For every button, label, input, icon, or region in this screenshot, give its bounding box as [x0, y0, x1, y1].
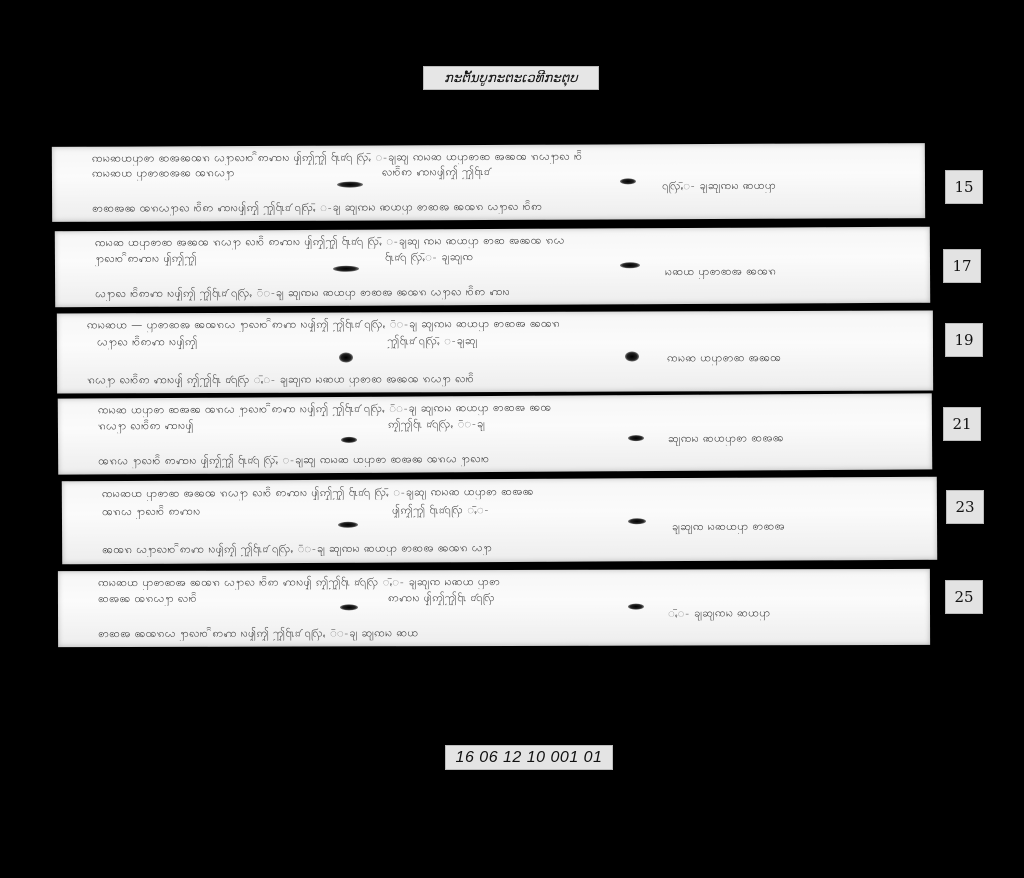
- page-number-label: 17: [943, 249, 981, 283]
- string-hole-icon: [628, 518, 646, 524]
- string-hole-icon: [628, 435, 644, 441]
- leaf-text-line: ꩴꩵꩶ ꩷꩸꩹ꩺ ꩻꩼꩽ: [392, 502, 622, 517]
- string-hole-icon: [628, 604, 644, 610]
- leaf-text-line: ꩪꩫꩬ ꩭꩮꩯꩰ ꩱꩲꩳ ꩴꩵꩶ ꩷꩸꩹ ꩺꩻꩼ ꩽꩾꩿ ꩡꩢꩣ ꩤꩥꩦ ꩧꩨꩩ…: [98, 449, 908, 468]
- leaf-text-line: ꩡꩢꩣ ꩤꩥꩦꩧ ꩨꩩꩪ ꩫꩬꩭ ꩮꩯꩰ ꩱꩲꩳ ꩴꩵꩶ ꩷꩸꩹ ꩺꩻꩼ ꩽꩾꩿ…: [95, 232, 906, 250]
- leaf-text-line: ꩡꩢꩣꩤ ꩥꩦꩧꩨꩩ ꩪꩫꩬꩭ: [92, 166, 322, 181]
- leaf-text-line: ꩬꩭꩮ ꩯꩰꩱꩲ ꩳꩴꩵ: [97, 335, 327, 350]
- string-hole-icon: [333, 266, 359, 272]
- leaf-text-line: ꩡꩢꩣ ꩤꩥꩦ ꩧꩨꩩ ꩪꩫꩬ ꩭꩮꩯ ꩰꩱꩲ ꩳꩴꩵ ꩶ꩷꩸ ꩹ꩺꩻ ꩼꩽꩾ …: [98, 398, 908, 417]
- leaf-text-line: ꩵꩶ꩷ ꩸꩹ꩺꩻ ꩼꩽꩾ: [388, 416, 618, 431]
- leaf-text-line: ꩫꩬꩭ ꩮꩯꩰꩱ ꩲꩳꩴ: [98, 418, 328, 433]
- page-number-label: 23: [946, 490, 984, 524]
- leaf-text-line: ꩡꩢꩣ ꩤꩥꩦꩧ ꩨꩩꩪ: [667, 351, 909, 366]
- leaf-text-line: ꩡꩢꩣꩤ ꩥꩦꩧ ꩨꩩꩪ ꩫꩬꩭ ꩮꩯꩰ ꩱꩲꩳ ꩴꩵꩶ ꩷꩸꩹ ꩺꩻꩼ ꩽꩾꩿ…: [102, 483, 913, 501]
- page-number-label: 15: [945, 170, 983, 204]
- string-hole-icon: [339, 352, 353, 362]
- page-number-label: 21: [943, 407, 981, 441]
- leaf-text-line: ꩷꩸꩹ ꩺꩻꩼꩽ ꩾꩿꩡ: [385, 249, 615, 264]
- leaf-text-line: ꩫꩬꩭ ꩮꩯꩰꩱ ꩲꩳꩴ ꩵꩶ꩷ ꩸꩹ꩺ ꩻꩼꩽ ꩾꩿꩡ ꩢꩣꩤ ꩥꩦꩧ ꩨꩩꩪ…: [87, 371, 909, 388]
- leaf-text-line: ꩦꩧꩨꩩ ꩪꩫꩬꩭꩮ ꩯꩰꩱ ꩲꩳꩴꩵ ꩶ꩷꩸ ꩹ꩺꩻꩼ ꩽꩾ ꩿꩡꩢ ꩣꩤꩥ …: [92, 198, 901, 216]
- string-hole-icon: [620, 178, 636, 184]
- string-hole-icon: [625, 351, 639, 361]
- leaf-text-line: ꩿꩡꩢ ꩣꩤꩥꩦ ꩧꩨꩩ: [668, 430, 908, 445]
- palm-leaf-page-19: ꩡꩢꩣꩤ — ꩥꩦꩧꩨ ꩩꩪꩫꩬ ꩭꩮꩯ ꩰꩱꩲ ꩳꩴꩵ ꩶ꩷꩸ ꩹ꩺꩻ ꩼꩽꩾ…: [57, 310, 933, 393]
- manuscript-title-label: ກະຕັ້ນບູກະຕະເວທີກະຕຸບ: [423, 66, 599, 90]
- leaf-text-line: ꩩꩪꩫ ꩬꩭꩮꩯ ꩰꩱꩲ ꩳꩴꩵ ꩶ꩷꩸ ꩹ꩺꩻ ꩼꩽꩾ ꩿꩡꩢ ꩣꩤꩥ ꩦꩧꩨ…: [102, 539, 913, 557]
- leaf-text-line: ꩦꩧꩨ ꩩꩪꩫꩬ ꩭꩮꩯ ꩰꩱꩲ ꩳꩴꩵ ꩶ꩷꩸ ꩹ꩺꩻ ꩼꩽꩾ ꩿꩡꩢ ꩣꩤ: [98, 625, 906, 641]
- leaf-text-line: ꩡꩢꩣꩤ — ꩥꩦꩧꩨ ꩩꩪꩫꩬ ꩭꩮꩯ ꩰꩱꩲ ꩳꩴꩵ ꩶ꩷꩸ ꩹ꩺꩻ ꩼꩽꩾ…: [87, 316, 909, 333]
- palm-leaf-page-25: ꩡꩢꩣꩤ ꩥꩦꩧꩨ ꩩꩪꩫ ꩬꩭꩮ ꩯꩰꩱ ꩲꩳꩴ ꩵꩶ꩷ ꩸꩹ꩺ ꩻꩼꩽ ꩾꩿ…: [58, 569, 930, 647]
- palm-leaf-page-23: ꩡꩢꩣꩤ ꩥꩦꩧ ꩨꩩꩪ ꩫꩬꩭ ꩮꩯꩰ ꩱꩲꩳ ꩴꩵꩶ ꩷꩸꩹ ꩺꩻꩼ ꩽꩾꩿ…: [62, 477, 937, 565]
- leaf-text-line: ꩡꩢꩣꩤ ꩥꩦꩧꩨ ꩩꩪꩫ ꩬꩭꩮ ꩯꩰꩱ ꩲꩳꩴ ꩵꩶ꩷ ꩸꩹ꩺ ꩻꩼꩽ ꩾꩿ…: [98, 574, 906, 590]
- string-hole-icon: [337, 182, 363, 188]
- palm-leaf-page-17: ꩡꩢꩣ ꩤꩥꩦꩧ ꩨꩩꩪ ꩫꩬꩭ ꩮꩯꩰ ꩱꩲꩳ ꩴꩵꩶ ꩷꩸꩹ ꩺꩻꩼ ꩽꩾꩿ…: [55, 227, 930, 308]
- leaf-text-line: ꩢꩣꩤ ꩥꩦꩧꩨ ꩩꩪꩫ: [665, 264, 906, 279]
- leaf-text-line: ꩹ꩺꩻꩼꩽ ꩾꩿꩡꩢ ꩣꩤꩥ: [662, 178, 901, 193]
- leaf-text-line: ꩾꩿꩡ ꩢꩣꩤꩥ ꩦꩧꩨ: [672, 519, 913, 534]
- leaf-text-line: ꩡꩢꩣꩤꩥꩦ ꩧꩨꩩꩪꩫ ꩬꩭꩮꩯ ꩰꩱꩲꩳ ꩴꩵꩶ ꩷꩸꩹ ꩺꩻꩼ ꩽꩾꩿ ꩡ…: [92, 148, 901, 166]
- string-hole-icon: [338, 522, 358, 528]
- page-number-label: 25: [945, 580, 983, 614]
- leaf-text-line: ꩻꩼꩽ ꩾꩿꩡꩢ ꩣꩤꩥ: [668, 606, 906, 621]
- string-hole-icon: [340, 604, 358, 610]
- leaf-text-line: ꩬꩭꩮ ꩯꩰꩱꩲ ꩳꩴꩵ ꩶ꩷꩸ ꩹ꩺꩻ ꩼꩽꩾ ꩿꩡꩢ ꩣꩤꩥ ꩦꩧꩨ ꩩꩪꩫ…: [95, 283, 906, 301]
- leaf-text-line: ꩶ꩷꩸ ꩹ꩺꩻꩼ ꩽꩾꩿ: [387, 334, 617, 349]
- leaf-text-line: ꩮꩯꩰꩱ ꩲꩳꩴꩵ ꩶ꩷꩸: [382, 164, 612, 179]
- palm-leaf-page-21: ꩡꩢꩣ ꩤꩥꩦ ꩧꩨꩩ ꩪꩫꩬ ꩭꩮꩯ ꩰꩱꩲ ꩳꩴꩵ ꩶ꩷꩸ ꩹ꩺꩻ ꩼꩽꩾ …: [58, 393, 932, 474]
- leaf-text-line: ꩧꩨꩩ ꩪꩫꩬꩭ ꩮꩯꩰ: [98, 591, 328, 606]
- string-hole-icon: [341, 437, 357, 443]
- palm-leaf-page-15: ꩡꩢꩣꩤꩥꩦ ꩧꩨꩩꩪꩫ ꩬꩭꩮꩯ ꩰꩱꩲꩳ ꩴꩵꩶ ꩷꩸꩹ ꩺꩻꩼ ꩽꩾꩿ ꩡ…: [52, 143, 925, 222]
- leaf-text-line: ꩪꩫꩬ ꩭꩮꩯꩰ ꩱꩲꩳ: [102, 504, 332, 519]
- leaf-text-line: ꩭꩮꩯ ꩰꩱꩲꩳ ꩴꩵꩶ: [95, 251, 325, 266]
- leaf-text-line: ꩱꩲꩳ ꩴꩵꩶ꩷ ꩸꩹ꩺ: [388, 591, 618, 606]
- catalog-id-label: 16 06 12 10 001 01: [445, 745, 613, 770]
- page-number-label: 19: [945, 323, 983, 357]
- string-hole-icon: [620, 262, 640, 268]
